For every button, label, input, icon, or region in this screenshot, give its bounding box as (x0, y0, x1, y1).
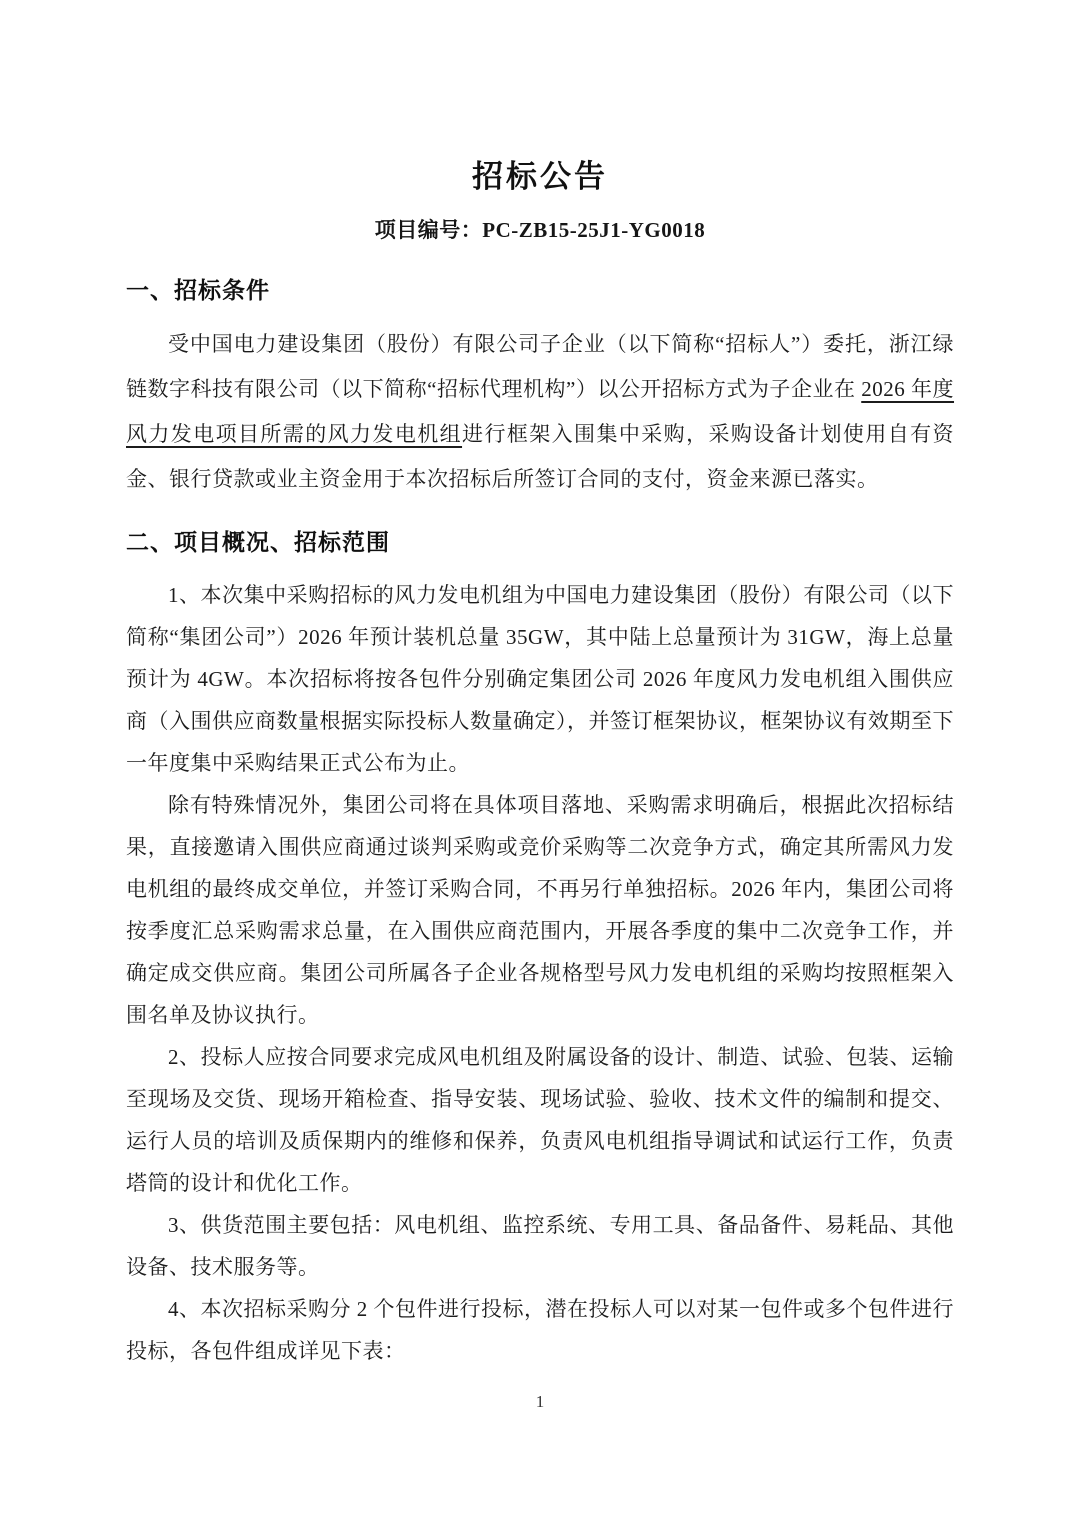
section-2-heading: 二、项目概况、招标范围 (126, 526, 954, 558)
section-2-paragraph-4: 3、供货范围主要包括：风电机组、监控系统、专用工具、备品备件、易耗品、其他设备、… (126, 1204, 954, 1288)
project-number: 项目编号：PC-ZB15-25J1-YG0018 (126, 214, 954, 244)
section-2-paragraph-5: 4、本次招标采购分 2 个包件进行投标，潜在投标人可以对某一包件或多个包件进行投… (126, 1288, 954, 1372)
paragraph-text-before-underline: 受中国电力建设集团（股份）有限公司子企业（以下简称“招标人”）委托，浙江绿链数字… (126, 332, 954, 401)
document-title: 招标公告 (126, 0, 954, 198)
tender-announcement-page: 招标公告 项目编号：PC-ZB15-25J1-YG0018 一、招标条件 受中国… (0, 0, 1080, 1527)
section-1-paragraph-1: 受中国电力建设集团（股份）有限公司子企业（以下简称“招标人”）委托，浙江绿链数字… (126, 322, 954, 502)
page-number: 1 (0, 1392, 1080, 1412)
section-2-paragraph-3: 2、投标人应按合同要求完成风电机组及附属设备的设计、制造、试验、包装、运输至现场… (126, 1036, 954, 1204)
section-2-paragraph-2: 除有特殊情况外，集团公司将在具体项目落地、采购需求明确后，根据此次招标结果，直接… (126, 784, 954, 1036)
document-viewport: { "document": { "title": "招标公告", "projec… (0, 0, 1080, 1527)
section-2-paragraph-1: 1、本次集中采购招标的风力发电机组为中国电力建设集团（股份）有限公司（以下简称“… (126, 574, 954, 784)
section-1-heading: 一、招标条件 (126, 274, 954, 306)
